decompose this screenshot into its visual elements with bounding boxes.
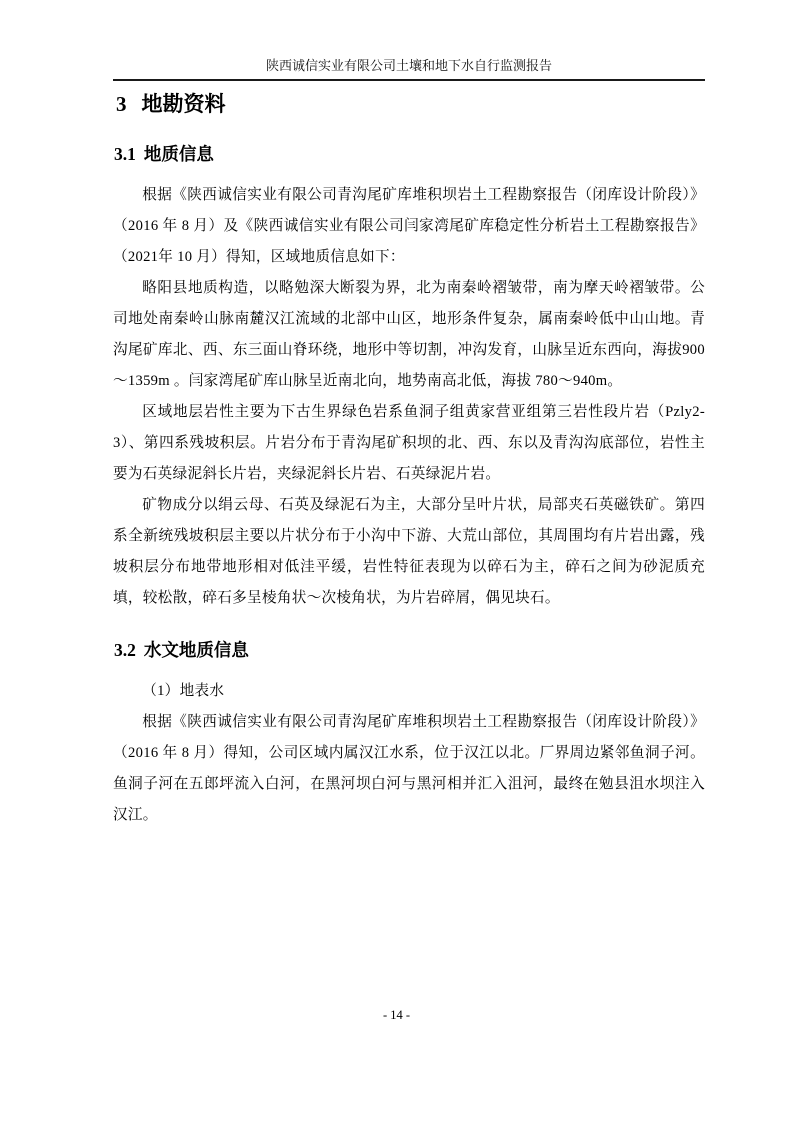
paragraph: 区域地层岩性主要为下古生界绿色岩系鱼洞子组黄家营亚组第三岩性段片岩（Pzly2-… — [113, 397, 705, 490]
header-rule — [113, 79, 705, 81]
page-content: 陕西诚信实业有限公司土壤和地下水自行监测报告 3地勘资料 3.1地质信息 根据《… — [113, 0, 705, 831]
section-heading-hydrogeology: 3.2水文地质信息 — [114, 639, 705, 662]
chapter-title: 地勘资料 — [142, 93, 226, 116]
list-item-surface-water: （1）地表水 — [113, 676, 705, 707]
page-number: - 14 - — [0, 1008, 793, 1023]
section-heading-geology: 3.1地质信息 — [114, 143, 705, 166]
chapter-heading: 3地勘资料 — [116, 91, 705, 118]
chapter-number: 3 — [116, 91, 127, 118]
section-number: 3.2 — [114, 639, 136, 662]
section-title: 水文地质信息 — [144, 640, 249, 660]
paragraph: 略阳县地质构造，以略勉深大断裂为界，北为南秦岭褶皱带，南为摩天岭褶皱带。公司地处… — [113, 273, 705, 397]
section-title: 地质信息 — [144, 144, 214, 164]
section-number: 3.1 — [114, 143, 136, 166]
paragraph: 根据《陕西诚信实业有限公司青沟尾矿库堆积坝岩土工程勘察报告（闭库设计阶段）》（2… — [113, 707, 705, 831]
paragraph: 矿物成分以绢云母、石英及绿泥石为主，大部分呈叶片状，局部夹石英磁铁矿。第四系全新… — [113, 490, 705, 614]
page-header-title: 陕西诚信实业有限公司土壤和地下水自行监测报告 — [113, 0, 705, 75]
document-page: 陕西诚信实业有限公司土壤和地下水自行监测报告 3地勘资料 3.1地质信息 根据《… — [0, 0, 793, 1122]
paragraph: 根据《陕西诚信实业有限公司青沟尾矿库堆积坝岩土工程勘察报告（闭库设计阶段）》（2… — [113, 180, 705, 273]
